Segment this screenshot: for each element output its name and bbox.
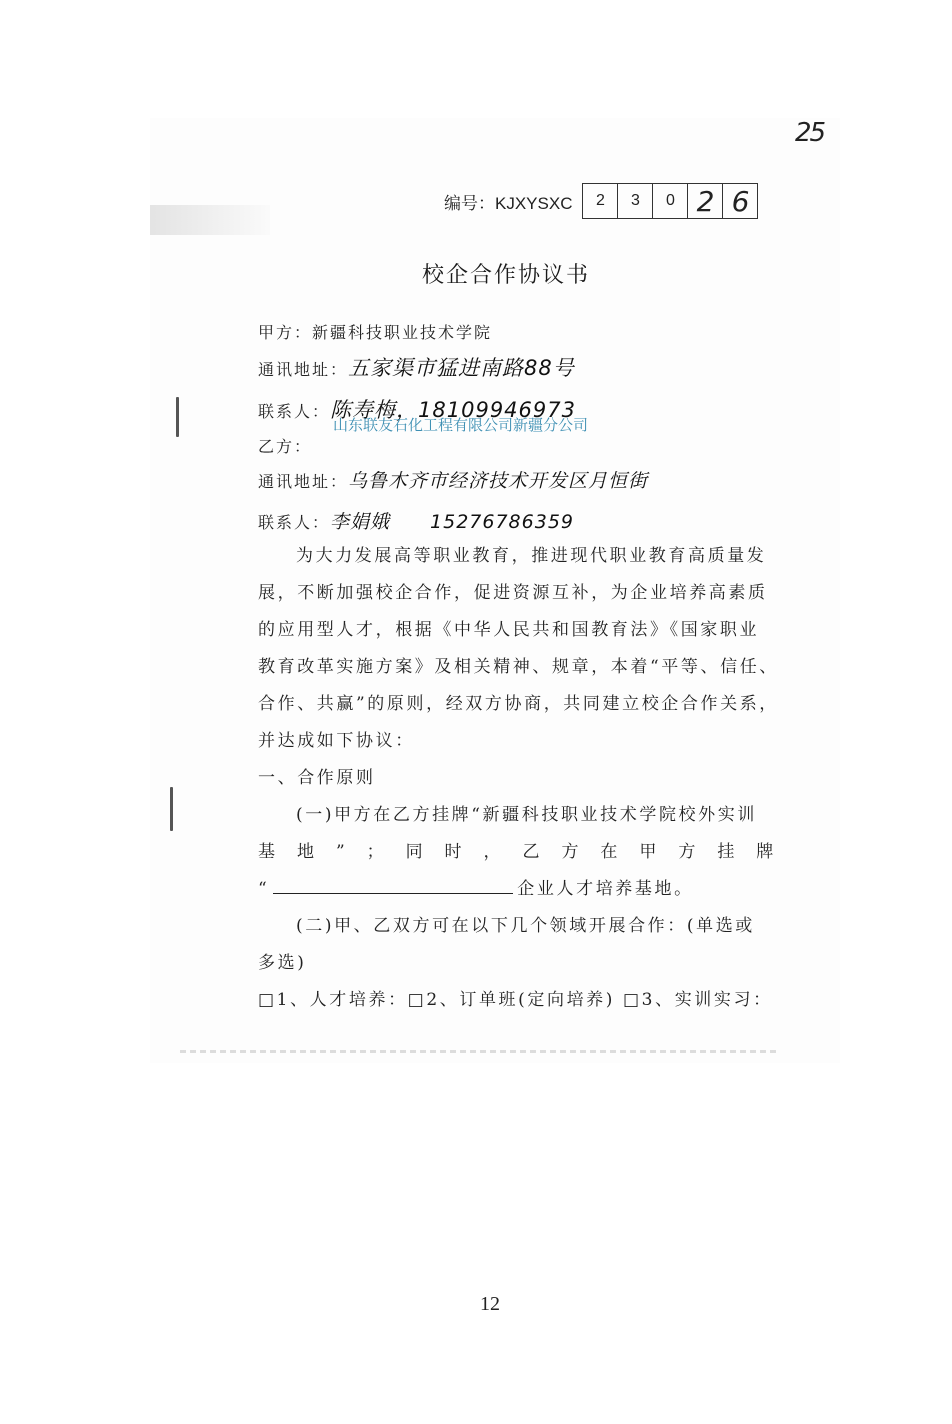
intro-line: 为大力发展高等职业教育，推进现代职业教育高质量发 xyxy=(258,538,776,575)
clause-2-line: 多选) xyxy=(258,945,776,982)
clause-1-line-spread: 基 地 ” ； 同 时 ， 乙 方 在 甲 方 挂 牌 xyxy=(258,834,776,871)
party-b-label: 乙方： xyxy=(258,437,312,456)
party-a-address-handwritten: 五家渠市猛进南路88号 xyxy=(348,356,575,380)
party-a-name: 新疆科技职业技术学院 xyxy=(312,323,492,342)
party-b-company-stamp: 山东联友石化工程有限公司新疆分公司 xyxy=(333,414,588,435)
party-b-contact-name-handwritten: 李娟娥 xyxy=(330,511,390,533)
char: 挂 xyxy=(717,834,737,871)
char: 甲 xyxy=(639,834,659,871)
handwritten-page-mark: 25 xyxy=(795,118,824,148)
serial-digit-boxes: 2 3 0 2 6 xyxy=(582,183,758,219)
char: 基 xyxy=(258,834,278,871)
party-a-contact-label: 联系人： xyxy=(258,402,330,421)
intro-paragraph: 为大力发展高等职业教育，推进现代职业教育高质量发 展，不断加强校企合作，促进资源… xyxy=(258,538,776,1019)
margin-mark-bottom xyxy=(170,787,173,831)
section-heading: 一、合作原则 xyxy=(258,760,776,797)
page-number: 12 xyxy=(0,1293,952,1316)
serial-digit-handwritten: 6 xyxy=(723,184,757,218)
scan-smudge xyxy=(150,205,270,235)
party-b-address-label: 通讯地址： xyxy=(258,472,348,491)
serial-digit: 0 xyxy=(653,184,688,218)
serial-digit-handwritten: 2 xyxy=(688,184,723,218)
party-a-row: 甲方：新疆科技职业技术学院 xyxy=(258,320,492,343)
clause-1-blank-line: “企业人才培养基地。 xyxy=(258,871,776,908)
clause-1-suffix: 企业人才培养基地。 xyxy=(517,879,693,899)
char: ， xyxy=(484,834,504,871)
char: ” xyxy=(336,834,347,871)
party-a-label: 甲方： xyxy=(258,323,312,342)
char: 方 xyxy=(678,834,698,871)
char: ； xyxy=(367,834,387,871)
party-b-contact-phone-handwritten: 15276786359 xyxy=(430,511,574,533)
fill-in-blank[interactable] xyxy=(273,875,513,894)
serial-digit: 3 xyxy=(618,184,653,218)
intro-line: 合作、共赢”的原则，经双方协商，共同建立校企合作关系， xyxy=(258,686,776,723)
char: 在 xyxy=(600,834,620,871)
margin-mark-top xyxy=(176,397,179,437)
party-b-row: 乙方： xyxy=(258,434,312,457)
char: 方 xyxy=(561,834,581,871)
cooperation-options-checkboxes[interactable]: □1、人才培养：□2、订单班(定向培养) □3、实训实习： xyxy=(258,982,776,1019)
clause-1-line: (一)甲方在乙方挂牌“新疆科技职业技术学院校外实训 xyxy=(258,797,776,834)
party-b-address-row: 通讯地址：乌鲁木齐市经济技术开发区月恒街 xyxy=(258,466,648,493)
char: 同 xyxy=(406,834,426,871)
intro-line: 的应用型人才，根据《中华人民共和国教育法》《国家职业 xyxy=(258,612,776,649)
serial-label: 编号：KJXYSXC xyxy=(444,189,572,214)
party-a-address-row: 通讯地址：五家渠市猛进南路88号 xyxy=(258,352,575,382)
open-quote: “ xyxy=(258,879,269,899)
char: 时 xyxy=(445,834,465,871)
char: 地 xyxy=(297,834,317,871)
scan-edge-artifact xyxy=(180,1050,780,1053)
intro-line: 教育改革实施方案》及相关精神、规章，本着“平等、信任、 xyxy=(258,649,776,686)
intro-line: 并达成如下协议： xyxy=(258,723,776,760)
party-b-contact-row: 联系人：李娟娥15276786359 xyxy=(258,507,574,534)
party-a-address-label: 通讯地址： xyxy=(258,360,348,379)
party-b-contact-label: 联系人： xyxy=(258,513,330,532)
serial-number: 编号：KJXYSXC 2 3 0 2 6 xyxy=(444,183,758,219)
intro-line: 展，不断加强校企合作，促进资源互补，为企业培养高素质 xyxy=(258,575,776,612)
char: 乙 xyxy=(522,834,542,871)
clause-2-line: (二)甲、乙双方可在以下几个领域开展合作：(单选或 xyxy=(258,908,776,945)
serial-digit: 2 xyxy=(583,184,618,218)
document-title: 校企合作协议书 xyxy=(0,258,952,289)
char: 牌 xyxy=(756,834,776,871)
party-b-address-handwritten: 乌鲁木齐市经济技术开发区月恒街 xyxy=(348,470,648,492)
